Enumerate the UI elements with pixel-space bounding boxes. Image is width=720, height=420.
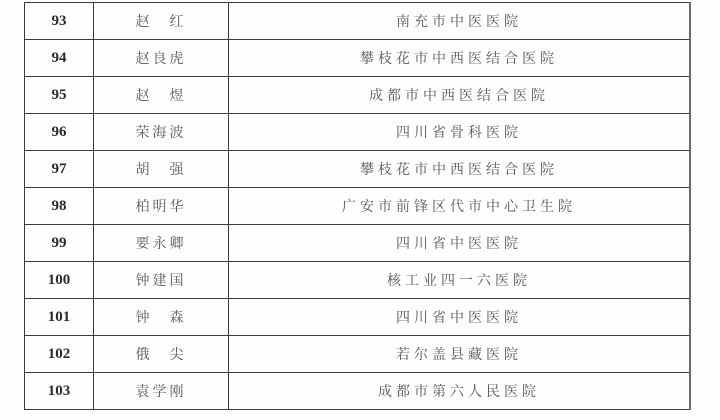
organization: 攀枝花市中西医结合医院	[229, 151, 691, 188]
person-name: 赵 红	[94, 3, 229, 40]
row-number: 99	[25, 225, 94, 262]
table-row: 97 胡 强 攀枝花市中西医结合医院	[25, 151, 691, 188]
row-number: 98	[25, 188, 94, 225]
row-number: 100	[25, 262, 94, 299]
row-number: 94	[25, 40, 94, 77]
person-name: 柏明华	[94, 188, 229, 225]
person-name: 钟建国	[94, 262, 229, 299]
organization: 四川省中医医院	[229, 299, 691, 336]
row-number: 93	[25, 3, 94, 40]
row-number: 101	[25, 299, 94, 336]
organization: 若尔盖县藏医院	[229, 336, 691, 373]
organization: 四川省骨科医院	[229, 114, 691, 151]
table-row: 100 钟建国 核工业四一六医院	[25, 262, 691, 299]
row-number: 97	[25, 151, 94, 188]
organization: 攀枝花市中西医结合医院	[229, 40, 691, 77]
table-row: 98 柏明华 广安市前锋区代市中心卫生院	[25, 188, 691, 225]
person-name: 袁学刚	[94, 373, 229, 410]
table-row: 96 荣海波 四川省骨科医院	[25, 114, 691, 151]
person-name: 胡 强	[94, 151, 229, 188]
person-name: 钟 森	[94, 299, 229, 336]
table-row: 99 要永卿 四川省中医医院	[25, 225, 691, 262]
organization: 成都市中西医结合医院	[229, 77, 691, 114]
person-name: 赵良虎	[94, 40, 229, 77]
table-row: 103 袁学刚 成都市第六人民医院	[25, 373, 691, 410]
person-name: 俄 尖	[94, 336, 229, 373]
organization: 四川省中医医院	[229, 225, 691, 262]
table-row: 102 俄 尖 若尔盖县藏医院	[25, 336, 691, 373]
organization: 成都市第六人民医院	[229, 373, 691, 410]
roster-table: 93 赵 红 南充市中医医院 94 赵良虎 攀枝花市中西医结合医院 95 赵 煜…	[24, 2, 691, 410]
row-number: 103	[25, 373, 94, 410]
person-name: 赵 煜	[94, 77, 229, 114]
person-name: 要永卿	[94, 225, 229, 262]
organization: 南充市中医医院	[229, 3, 691, 40]
row-number: 95	[25, 77, 94, 114]
table-row: 95 赵 煜 成都市中西医结合医院	[25, 77, 691, 114]
row-number: 102	[25, 336, 94, 373]
document-page: 93 赵 红 南充市中医医院 94 赵良虎 攀枝花市中西医结合医院 95 赵 煜…	[0, 0, 720, 420]
organization: 核工业四一六医院	[229, 262, 691, 299]
row-number: 96	[25, 114, 94, 151]
person-name: 荣海波	[94, 114, 229, 151]
organization: 广安市前锋区代市中心卫生院	[229, 188, 691, 225]
table-row: 93 赵 红 南充市中医医院	[25, 3, 691, 40]
table-row: 101 钟 森 四川省中医医院	[25, 299, 691, 336]
table-row: 94 赵良虎 攀枝花市中西医结合医院	[25, 40, 691, 77]
